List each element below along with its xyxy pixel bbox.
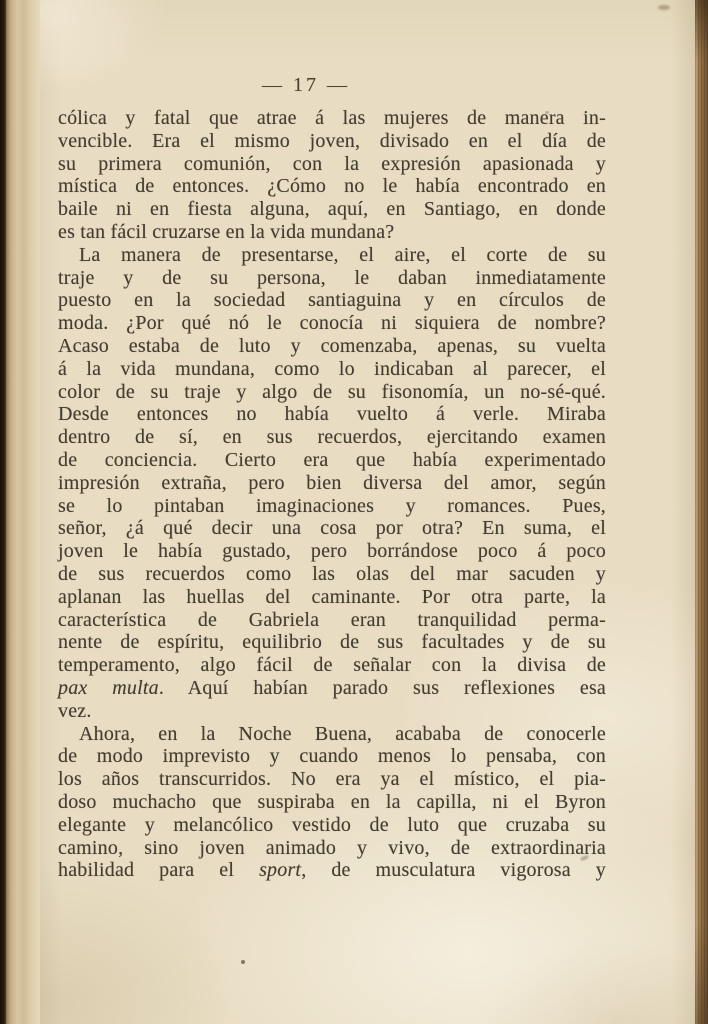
- text-line: vez.: [58, 700, 606, 723]
- text-line: señor, ¿á qué decir una cosa por otra? E…: [58, 517, 606, 540]
- text-segment: traje y de su persona, le daban inmediat…: [58, 267, 606, 289]
- text-line: color de su traje y algo de su fisonomía…: [58, 381, 606, 404]
- text-line: joven le había gustado, pero borrándose …: [58, 540, 606, 563]
- text-block: cólica y fatal que atrae á las mujeres d…: [58, 107, 606, 882]
- text-segment: su primera comunión, con la expresión ap…: [58, 153, 606, 175]
- text-segment: nente de espíritu, equilibrio de sus fac…: [58, 631, 606, 653]
- text-line: pax multa. Aquí habían parado sus reflex…: [58, 677, 606, 700]
- paper-speck: [545, 111, 549, 114]
- text-line: de sus recuerdos como las olas del mar s…: [58, 563, 606, 586]
- text-line: característica de Gabriela eran tranquil…: [58, 609, 606, 632]
- text-segment: vez.: [58, 700, 92, 722]
- text-segment: de conciencia. Cierto era que había expe…: [58, 449, 606, 471]
- text-segment: camino, sino joven animado y vivo, de ex…: [58, 837, 606, 859]
- text-segment: Ahora, en la Noche Buena, acababa de con…: [79, 723, 606, 745]
- text-segment: señor, ¿á qué decir una cosa por otra? E…: [58, 517, 606, 539]
- text-line: cólica y fatal que atrae á las mujeres d…: [58, 107, 606, 130]
- paper-speck: [241, 960, 245, 964]
- page-number: — 17 —: [58, 74, 606, 97]
- text-line: á la vida mundana, como lo indicaban al …: [58, 358, 606, 381]
- text-segment: los años transcurridos. No era ya el mís…: [58, 768, 606, 790]
- text-line: moda. ¿Por qué nó le conocía ni siquiera…: [58, 312, 606, 335]
- text-segment: habilidad para el: [58, 859, 259, 881]
- text-segment: Desde entonces no había vuelto á verle. …: [58, 403, 606, 425]
- text-line: su primera comunión, con la expresión ap…: [58, 153, 606, 176]
- text-line: La manera de presentarse, el aire, el co…: [58, 244, 606, 267]
- text-line: baile ni en fiesta alguna, aquí, en Sant…: [58, 198, 606, 221]
- text-segment: joven le había gustado, pero borrándose …: [58, 540, 606, 562]
- book-photo: — 17 — cólica y fatal que atrae á las mu…: [0, 0, 708, 1024]
- paper-speck: [596, 437, 599, 440]
- text-segment: baile ni en fiesta alguna, aquí, en Sant…: [58, 198, 606, 220]
- text-line: se lo pintaban imaginaciones y romances.…: [58, 495, 606, 518]
- text-segment: elegante y melancólico vestido de luto q…: [58, 814, 606, 836]
- text-line: nente de espíritu, equilibrio de sus fac…: [58, 631, 606, 654]
- text-segment: Acaso estaba de luto y comenzaba, apenas…: [58, 335, 606, 357]
- text-segment: á la vida mundana, como lo indicaban al …: [58, 358, 606, 380]
- text-segment: dentro de sí, en sus recuerdos, ejercita…: [58, 426, 606, 448]
- text-line: habilidad para el sport, de musculatura …: [58, 859, 606, 882]
- text-line: Acaso estaba de luto y comenzaba, apenas…: [58, 335, 606, 358]
- text-segment: mística de entonces. ¿Cómo no le había e…: [58, 175, 606, 197]
- text-segment: característica de Gabriela eran tranquil…: [58, 609, 606, 631]
- text-line: traje y de su persona, le daban inmediat…: [58, 267, 606, 290]
- text-segment: . Aquí habían parado sus reflexiones esa: [159, 677, 606, 699]
- text-segment: , de musculatura vigorosa y: [301, 859, 606, 881]
- text-segment: impresión extraña, pero bien diversa del…: [58, 472, 606, 494]
- text-segment: doso muchacho que suspiraba en la capill…: [58, 791, 606, 813]
- text-line: los años transcurridos. No era ya el mís…: [58, 768, 606, 791]
- text-segment: de sus recuerdos como las olas del mar s…: [58, 563, 606, 585]
- text-line: elegante y melancólico vestido de luto q…: [58, 814, 606, 837]
- text-line: temperamento, algo fácil de señalar con …: [58, 654, 606, 677]
- text-segment: La manera de presentarse, el aire, el co…: [79, 244, 606, 266]
- text-line: Desde entonces no había vuelto á verle. …: [58, 403, 606, 426]
- text-line: es tan fácil cruzarse en la vida mundana…: [58, 221, 606, 244]
- text-line: impresión extraña, pero bien diversa del…: [58, 472, 606, 495]
- text-line: camino, sino joven animado y vivo, de ex…: [58, 837, 606, 860]
- text-segment: cólica y fatal que atrae á las mujeres d…: [58, 107, 606, 129]
- text-line: de modo imprevisto y cuando menos lo pen…: [58, 745, 606, 768]
- text-segment: puesto en la sociedad santiaguina y en c…: [58, 289, 606, 311]
- text-line: doso muchacho que suspiraba en la capill…: [58, 791, 606, 814]
- text-line: Ahora, en la Noche Buena, acababa de con…: [58, 723, 606, 746]
- text-line: mística de entonces. ¿Cómo no le había e…: [58, 175, 606, 198]
- text-line: dentro de sí, en sus recuerdos, ejercita…: [58, 426, 606, 449]
- text-segment: vencible. Era el mismo joven, divisado e…: [58, 130, 606, 152]
- text-segment: moda. ¿Por qué nó le conocía ni siquiera…: [58, 312, 606, 334]
- paper-smudge: [658, 5, 670, 10]
- text-segment: se lo pintaban imaginaciones y romances.…: [58, 495, 606, 517]
- text-segment: color de su traje y algo de su fisonomía…: [58, 381, 606, 403]
- text-line: puesto en la sociedad santiaguina y en c…: [58, 289, 606, 312]
- text-segment: de modo imprevisto y cuando menos lo pen…: [58, 745, 606, 767]
- text-line: aplanan las huellas del caminante. Por o…: [58, 586, 606, 609]
- text-line: vencible. Era el mismo joven, divisado e…: [58, 130, 606, 153]
- text-segment: sport: [259, 859, 301, 881]
- book-fore-edge: [695, 0, 708, 1024]
- text-segment: temperamento, algo fácil de señalar con …: [58, 654, 606, 676]
- text-segment: aplanan las huellas del caminante. Por o…: [58, 586, 606, 608]
- page-left-edge: [6, 0, 40, 1024]
- text-line: de conciencia. Cierto era que había expe…: [58, 449, 606, 472]
- text-segment: pax multa: [58, 677, 159, 699]
- text-segment: es tan fácil cruzarse en la vida mundana…: [58, 221, 394, 243]
- book-gutter-edge: [0, 0, 6, 1024]
